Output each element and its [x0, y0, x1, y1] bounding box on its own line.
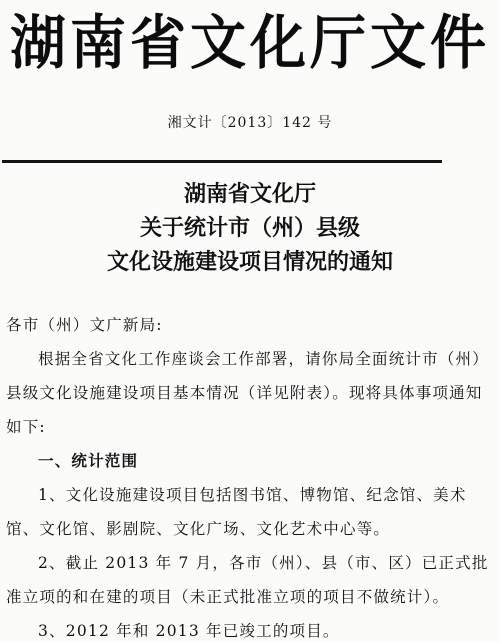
- notice-title: 湖南省文化厅 关于统计市（州）县级 文化设施建设项目情况的通知: [0, 178, 500, 280]
- document-header-title: 湖南省文化厅文件: [0, 6, 500, 80]
- scope-item-2: 2、截止 2013 年 7 月，各市（州）、县（市、区）已正式批准立项的和在建的…: [6, 546, 496, 614]
- section-heading-scope: 一、统计范围: [6, 444, 496, 478]
- scope-item-1: 1、文化设施建设项目包括图书馆、博物馆、纪念馆、美术馆、文化馆、影剧院、文化广场…: [6, 478, 496, 546]
- notice-title-line-1: 湖南省文化厅: [0, 178, 500, 212]
- salutation: 各市（州）文广新局:: [6, 308, 496, 342]
- notice-title-line-3: 文化设施建设项目情况的通知: [0, 246, 500, 280]
- notice-title-line-2: 关于统计市（州）县级: [0, 212, 500, 246]
- header-divider-line: [2, 160, 442, 163]
- document-number: 湘文计〔2013〕142 号: [0, 112, 500, 132]
- intro-paragraph: 根据全省文化工作座谈会工作部署，请你局全面统计市（州）县级文化设施建设项目基本情…: [6, 342, 496, 444]
- document-body: 各市（州）文广新局: 根据全省文化工作座谈会工作部署，请你局全面统计市（州）县级…: [6, 308, 496, 642]
- scope-item-3: 3、2012 年和 2013 年已竣工的项目。: [6, 614, 496, 642]
